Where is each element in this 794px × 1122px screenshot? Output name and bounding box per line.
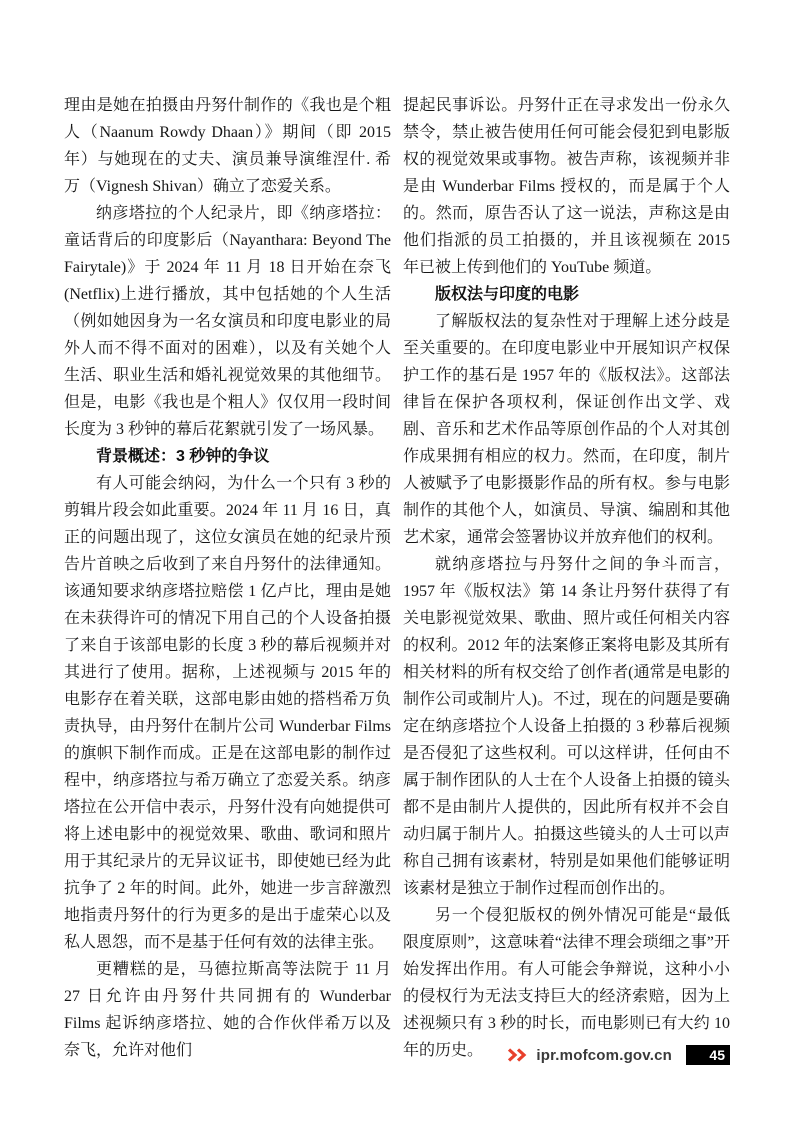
heading-copyright-law-indian-film: 版权法与印度的电影 [403, 281, 730, 308]
heading-background-overview: 背景概述：3 秒钟的争议 [64, 443, 391, 470]
para-section-14-ownership: 就纳彦塔拉与丹努什之间的争斗而言，1957 年《版权法》第 14 条让丹努什获得… [403, 551, 730, 902]
para-legal-notice: 有人可能会纳闷，为什么一个只有 3 秒的剪辑片段会如此重要。2024 年 11 … [64, 470, 391, 956]
para-copyright-act-1957: 了解版权法的复杂性对于理解上述分歧是至关重要的。在印度电影业中开展知识产权保护工… [403, 308, 730, 551]
double-chevron-icon [507, 1048, 529, 1062]
para-documentary-netflix: 纳彦塔拉的个人纪录片，即《纳彦塔拉：童话背后的印度影后（Nayanthara: … [64, 200, 391, 443]
right-column: 提起民事诉讼。丹努什正在寻求发出一份永久禁令，禁止被告使用任何可能会侵犯到电影版… [403, 92, 730, 1064]
para-relationship-continuation: 理由是她在拍摄由丹努什制作的《我也是个粗人（Naanum Rowdy Dhaan… [64, 92, 391, 200]
para-madras-court: 更糟糕的是，马德拉斯高等法院于 11 月 27 日允许由丹努什共同拥有的 Wun… [64, 956, 391, 1064]
page-footer: ipr.mofcom.gov.cn 45 [507, 1044, 730, 1066]
left-column: 理由是她在拍摄由丹努什制作的《我也是个粗人（Naanum Rowdy Dhaan… [64, 92, 391, 1064]
para-civil-suit-continuation: 提起民事诉讼。丹努什正在寻求发出一份永久禁令，禁止被告使用任何可能会侵犯到电影版… [403, 92, 730, 281]
para-de-minimis-exception: 另一个侵犯版权的例外情况可能是“最低限度原则”，这意味着“法律不理会琐细之事”开… [403, 902, 730, 1064]
document-page: 理由是她在拍摄由丹努什制作的《我也是个粗人（Naanum Rowdy Dhaan… [0, 0, 794, 1122]
footer-site-url: ipr.mofcom.gov.cn [536, 1047, 672, 1064]
page-number-badge: 45 [686, 1045, 730, 1065]
